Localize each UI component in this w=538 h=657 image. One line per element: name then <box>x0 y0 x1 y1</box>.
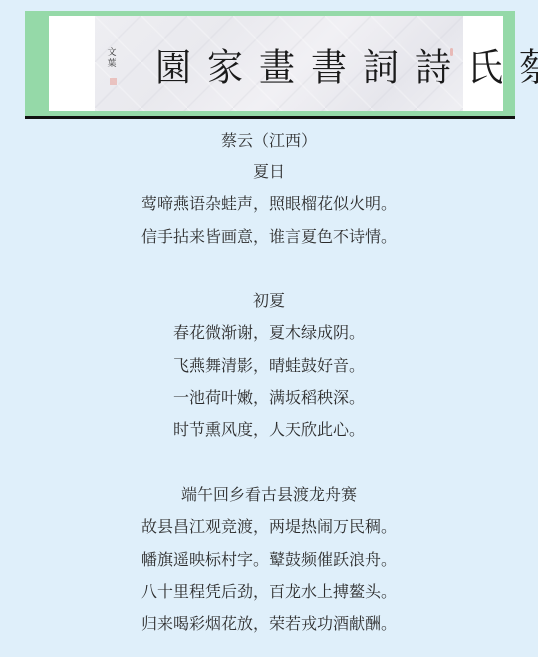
red-seal-stamp <box>110 78 117 85</box>
poem-line: 时节熏风度，人天欣此心。 <box>0 414 538 446</box>
poem-line: 八十里程凭后劲，百龙水上搏鳌头。 <box>0 576 538 608</box>
poem-line: 飞燕舞清影，晴蛙鼓好音。 <box>0 350 538 382</box>
poem-author: 蔡云（江西） <box>0 126 538 156</box>
banner-mat: 文葉 園 家 畫 書 詞 詩 氏 蔡 <box>49 16 503 111</box>
calligraphy-char: 詞 <box>355 39 407 93</box>
calligraphy-char: 氏 <box>459 39 511 93</box>
poem-line: 信手拈来皆画意，谁言夏色不诗情。 <box>0 221 538 253</box>
calligraphy-char: 蔡 <box>511 39 538 93</box>
poem-line: 故县昌江观竞渡，两堤热闹万民稠。 <box>0 511 538 543</box>
poem-line: 归来喝彩烟花放，荣若戎功酒献酬。 <box>0 608 538 640</box>
calligraphy-char: 家 <box>199 39 251 93</box>
calligraphy-char: 詩 <box>407 39 459 93</box>
poem-1: 夏日 莺啼燕语杂蛙声，照眼榴花似火明。 信手拈来皆画意，谁言夏色不诗情。 <box>0 156 538 253</box>
calligraphy-title: 園 家 畫 書 詞 詩 氏 蔡 <box>147 40 538 91</box>
poem-3: 端午回乡看古县渡龙舟赛 故县昌江观竞渡，两堤热闹万民稠。 幡旗遥映标村字。鼙鼓频… <box>0 479 538 640</box>
poem-line: 春花微渐谢，夏木绿成阴。 <box>0 317 538 349</box>
poem-line: 一池荷叶嫩，满坂稻秧深。 <box>0 382 538 414</box>
poem-title: 端午回乡看古县渡龙舟赛 <box>0 479 538 511</box>
poem-line: 莺啼燕语杂蛙声，照眼榴花似火明。 <box>0 188 538 220</box>
artist-signature: 文葉 <box>107 48 117 70</box>
poem-2: 初夏 春花微渐谢，夏木绿成阴。 飞燕舞清影，晴蛙鼓好音。 一池荷叶嫩，满坂稻秧深… <box>0 285 538 446</box>
poem-title: 初夏 <box>0 285 538 317</box>
calligraphy-char: 園 <box>147 39 199 93</box>
banner-divider <box>25 116 515 119</box>
calligraphy-char: 書 <box>303 39 355 93</box>
poem-title: 夏日 <box>0 156 538 188</box>
calligraphy-paper: 文葉 園 家 畫 書 詞 詩 氏 蔡 <box>95 16 463 111</box>
poem-line: 幡旗遥映标村字。鼙鼓频催跃浪舟。 <box>0 544 538 576</box>
calligraphy-char: 畫 <box>251 39 303 93</box>
calligraphy-banner: 文葉 園 家 畫 書 詞 詩 氏 蔡 <box>25 11 515 116</box>
spacer <box>0 253 538 285</box>
poem-article: 蔡云（江西） 夏日 莺啼燕语杂蛙声，照眼榴花似火明。 信手拈来皆画意，谁言夏色不… <box>0 126 538 640</box>
spacer <box>0 447 538 479</box>
